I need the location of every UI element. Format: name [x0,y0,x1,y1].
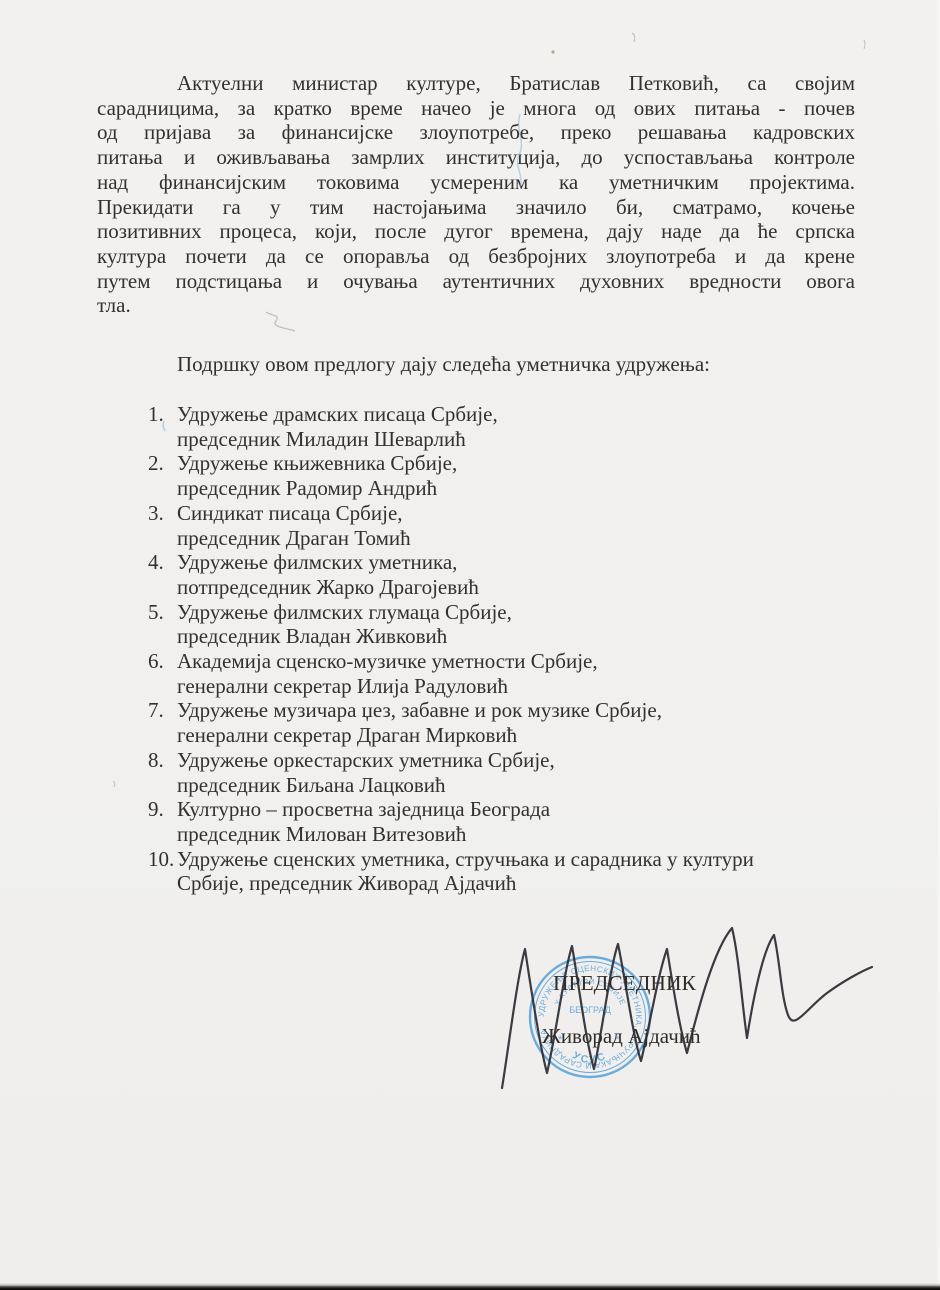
association-name: Академија сценско-музичке уметности Срби… [177,649,598,673]
association-item: 1.Удружење драмских писаца Србије, предс… [97,402,867,451]
scanned-letter-page: УДРУЖЕЊЕ СЦЕНСКИХ УМЕТНИКА, СТРУЧЊАКА И … [0,0,940,1290]
association-name: Културно – просветна заједница Београда [177,797,550,821]
associations-list: 1.Удружење драмских писаца Србије, предс… [97,402,867,896]
association-representative: председник Миладин Шеварлић [97,427,867,452]
signature-title: ПРЕДСЕДНИК [553,971,696,996]
paragraph-line: од пријава за финансијске злоупотребе, п… [97,120,855,145]
association-item: 9.Културно – просветна заједница Београд… [97,797,867,846]
item-number: 10. [148,847,174,872]
association-representative: председник Владан Живковић [97,624,867,649]
association-item: 6.Академија сценско-музичке уметности Ср… [97,649,867,698]
paragraph-line: питања и оживљавања замрлих институција,… [97,145,855,170]
item-number: 7. [148,698,164,723]
association-name: Удружење књижевника Србије, [177,451,457,475]
paragraph-line: позитивних процеса, који, после дугог вр… [97,219,855,244]
association-representative: председник Биљана Лацковић [97,773,867,798]
association-representative: председник Драган Томић [97,526,867,551]
item-number: 1. [148,402,164,427]
association-representative: Србије, председник Живорад Ајдачић [97,871,867,896]
text-layer: Актуелни министар културе, Братислав Пет… [0,0,940,1290]
body-paragraph: Актуелни министар културе, Братислав Пет… [97,71,855,318]
item-number: 3. [148,501,164,526]
association-item: 2.Удружење књижевника Србије, председник… [97,451,867,500]
association-representative: генерални секретар Драган Мирковић [97,723,867,748]
item-number: 4. [148,550,164,575]
association-item: 7.Удружење музичара џез, забавне и рок м… [97,698,867,747]
scan-edge-shadow [0,1283,940,1290]
item-number: 5. [148,600,164,625]
paragraph-line: тла. [97,293,855,318]
association-representative: председник Радомир Андрић [97,476,867,501]
association-name: Удружење филмских глумаца Србије, [177,600,512,624]
list-intro-line: Подршку овом предлогу дају следећа уметн… [97,352,855,377]
association-name: Удружење сценских уметника, стручњака и … [177,847,754,871]
item-number: 2. [148,451,164,476]
paragraph-line: сарадницима, за кратко време начео је мн… [97,96,855,121]
association-item: 5.Удружење филмских глумаца Србије, пред… [97,600,867,649]
signatory-name: Живорад Ајдачић [542,1024,701,1049]
association-name: Удружење оркестарских уметника Србије, [177,748,555,772]
association-name: Удружење драмских писаца Србије, [177,402,498,426]
association-name: Удружење филмских уметника, [177,550,457,574]
association-item: 10.Удружење сценских уметника, стручњака… [97,847,867,896]
association-representative: председник Милован Витезовић [97,822,867,847]
association-name: Удружење музичара џез, забавне и рок муз… [177,698,662,722]
item-number: 8. [148,748,164,773]
item-number: 6. [148,649,164,674]
association-name: Синдикат писаца Србије, [177,501,403,525]
association-representative: потпредседник Жарко Драгојевић [97,575,867,600]
item-number: 9. [148,797,164,822]
scan-edge-highlight [936,0,940,1290]
paragraph-line: култура почети да се опоравља од безброј… [97,244,855,269]
paragraph-line: Актуелни министар културе, Братислав Пет… [97,71,855,96]
association-representative: генерални секретар Илија Радуловић [97,674,867,699]
association-item: 3.Синдикат писаца Србије, председник Дра… [97,501,867,550]
paragraph-line: путем подстицања и очувања аутентичних д… [97,269,855,294]
paragraph-line: Прекидати га у тим настојањима значило б… [97,195,855,220]
paragraph-line: над финансијским токовима усмереним ка у… [97,170,855,195]
association-item: 4.Удружење филмских уметника, потпредсед… [97,550,867,599]
association-item: 8.Удружење оркестарских уметника Србије,… [97,748,867,797]
